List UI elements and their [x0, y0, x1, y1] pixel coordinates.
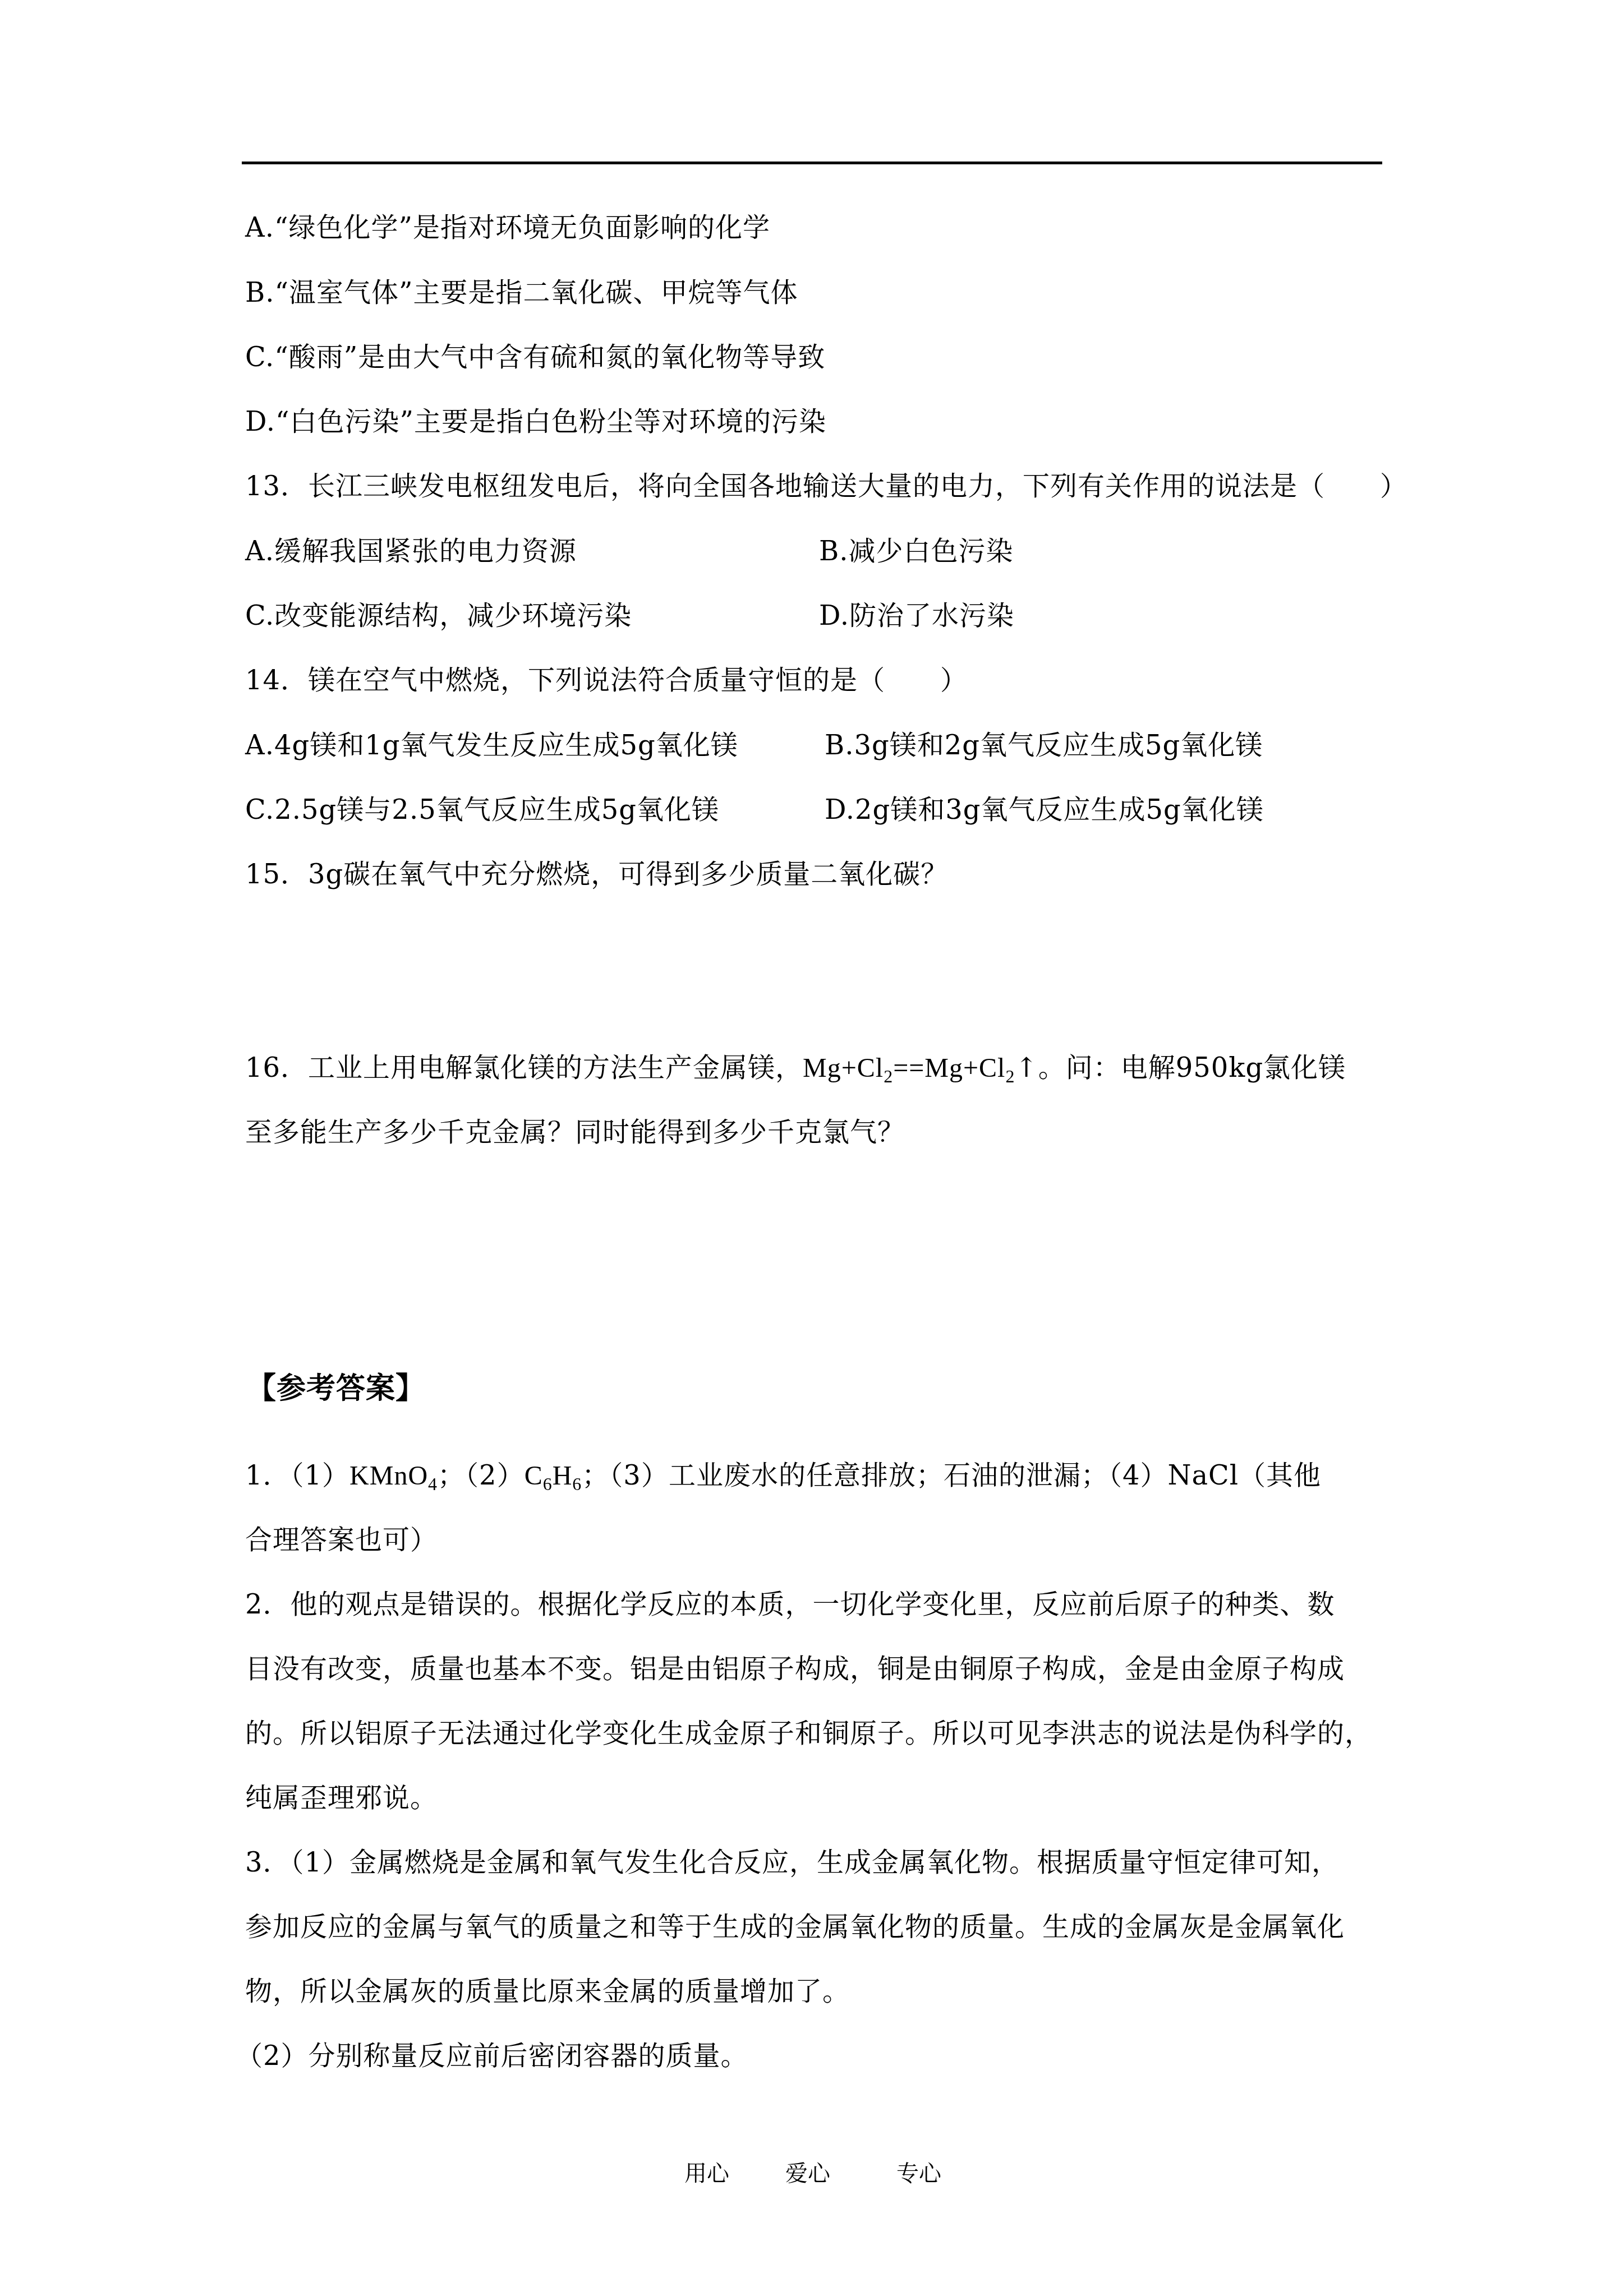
q13-option-d: D.防治了水污染 — [819, 600, 1014, 631]
answer-1-line-2: 合理答案也可） — [245, 1524, 438, 1556]
answer-3-line-4: （2）分别称量反应前后密闭容器的质量。 — [236, 2040, 748, 2072]
q13-option-c: C.改变能源结构，减少环境污染 — [245, 600, 632, 631]
q16-line-1: 16．工业上用电解氯化镁的方法生产金属镁，Mg+Cl2==Mg+Cl2↑。问：电… — [245, 1052, 1346, 1084]
footer-item-2: 爱心 — [785, 2160, 830, 2187]
q16-text-suffix: ↑。问：电解950kg氯化镁 — [1015, 1052, 1346, 1084]
subscript: 2 — [1005, 1066, 1015, 1086]
q12-option-c: C.“酸雨”是由大气中含有硫和氮的氧化物等导致 — [245, 342, 825, 373]
q13-option-b: B.减少白色污染 — [819, 536, 1014, 567]
q12-option-d: D.“白色污染”主要是指白色粉尘等对环境的污染 — [245, 406, 826, 437]
q12-option-a: A.“绿色化学”是指对环境无负面影响的化学 — [245, 212, 770, 243]
answer-1-part-3: ；（3）工业废水的任意排放；石油的泄漏；（4）NaCl（其他 — [582, 1460, 1321, 1491]
answer-2-line-3: 的。所以铝原子无法通过化学变化生成金原子和铜原子。所以可见李洪志的说法是伪科学的… — [245, 1718, 1372, 1749]
answer-3-line-2: 参加反应的金属与氧气的质量之和等于生成的金属氧化物的质量。生成的金属灰是金属氧化 — [245, 1911, 1345, 1943]
q13-stem: 13．长江三峡发电枢纽发电后，将向全国各地输送大量的电力，下列有关作用的说法是（… — [245, 471, 1407, 502]
formula-h: H — [553, 1461, 573, 1491]
footer-item-3: 专心 — [896, 2160, 941, 2187]
answer-1-line-1: 1．（1）KMnO4；（2）C6H6；（3）工业废水的任意排放；石油的泄漏；（4… — [245, 1460, 1321, 1492]
answer-3-line-3: 物，所以金属灰的质量比原来金属的质量增加了。 — [245, 1976, 850, 2007]
footer-item-1: 用心 — [684, 2160, 729, 2187]
q13-option-a: A.缓解我国紧张的电力资源 — [245, 536, 577, 567]
subscript: 6 — [572, 1474, 582, 1494]
answer-2-line-2: 目没有改变，质量也基本不变。铝是由铝原子构成，铜是由铜原子构成，金是由金原子构成 — [245, 1653, 1345, 1685]
q14-stem: 14．镁在空气中燃烧，下列说法符合质量守恒的是（ ） — [245, 665, 968, 696]
q14-option-c: C.2.5g镁与2.5氧气反应生成5g氧化镁 — [245, 794, 719, 826]
header-rule — [242, 162, 1382, 164]
q12-option-b: B.“温室气体”主要是指二氧化碳、甲烷等气体 — [245, 277, 798, 308]
answer-1-part-1: 1．（1） — [245, 1460, 349, 1491]
q14-option-a: A.4g镁和1g氧气发生反应生成5g氧化镁 — [245, 730, 738, 761]
formula-kmno4: KMnO — [349, 1461, 428, 1491]
subscript: 2 — [884, 1066, 893, 1086]
answers-heading: 【参考答案】 — [247, 1373, 425, 1404]
q16-text-prefix: 16．工业上用电解氯化镁的方法生产金属镁， — [245, 1052, 803, 1084]
q14-option-b: B.3g镁和2g氧气反应生成5g氧化镁 — [825, 730, 1263, 761]
answer-3-line-1: 3．（1）金属燃烧是金属和氧气发生化合反应，生成金属氧化物。根据质量守恒定律可知… — [245, 1847, 1339, 1878]
subscript: 6 — [543, 1474, 553, 1494]
q16-line-2: 至多能生产多少千克金属？同时能得到多少千克氯气？ — [245, 1117, 905, 1148]
subscript: 4 — [428, 1474, 438, 1494]
answer-2-line-1: 2．他的观点是错误的。根据化学反应的本质，一切化学变化里，反应前后原子的种类、数 — [245, 1589, 1335, 1620]
formula-c6h6: C — [525, 1461, 543, 1491]
answer-1-part-2: ；（2） — [438, 1460, 525, 1491]
answer-2-line-4: 纯属歪理邪说。 — [245, 1782, 438, 1814]
q14-option-d: D.2g镁和3g氧气反应生成5g氧化镁 — [825, 794, 1264, 826]
q15-stem: 15．3g碳在氧气中充分燃烧，可得到多少质量二氧化碳？ — [245, 859, 948, 890]
equation-reactant: Mg+Cl — [803, 1053, 884, 1083]
equation-product: ==Mg+Cl — [893, 1053, 1005, 1083]
